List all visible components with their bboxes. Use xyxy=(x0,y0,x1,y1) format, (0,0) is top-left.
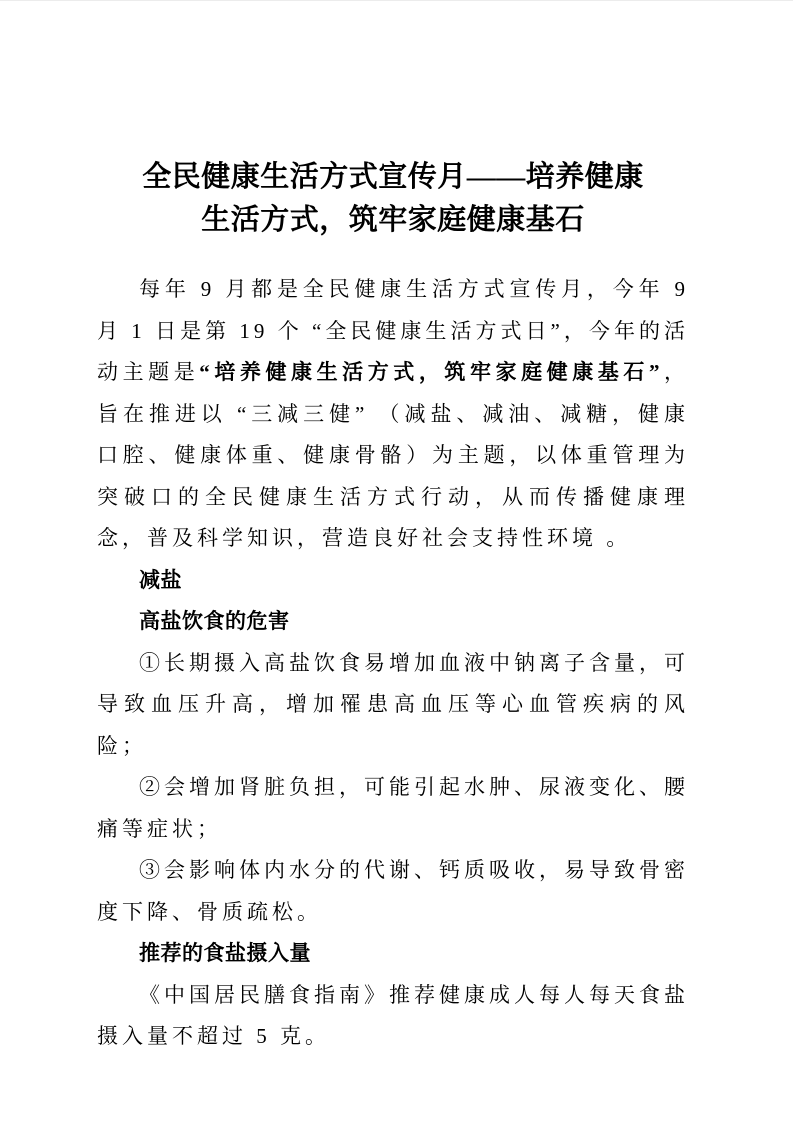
subsection-heading-recommended-intake: 推荐的食盐摄入量 xyxy=(97,933,689,975)
harm-item-1: ①长期摄入高盐饮食易增加血液中钠离子含量，可导致血压升高，增加罹患高血压等心血管… xyxy=(97,643,689,768)
section-heading-salt-reduction: 减盐 xyxy=(97,560,689,602)
intro-theme-bold: “培养健康生活方式，筑牢家庭健康基石” xyxy=(199,360,663,384)
harm-item-2: ②会增加肾脏负担，可能引起水肿、尿液变化、腰痛等症状； xyxy=(97,767,689,850)
document-title: 全民健康生活方式宣传月——培养健康 生活方式，筑牢家庭健康基石 xyxy=(97,156,689,242)
intro-text-after-theme: ，旨在推进以 “三减三健” （减盐、减油、减糖，健康口腔、健康体重、健康骨骼）为… xyxy=(97,360,689,550)
document-page: 全民健康生活方式宣传月——培养健康 生活方式，筑牢家庭健康基石 每年 9 月都是… xyxy=(0,0,793,1122)
subsection-heading-high-salt-harm: 高盐饮食的危害 xyxy=(97,601,689,643)
intro-paragraph: 每年 9 月都是全民健康生活方式宣传月，今年 9 月 1 日是第 19 个 “全… xyxy=(97,269,689,560)
recommended-intake-paragraph: 《中国居民膳食指南》推荐健康成人每人每天食盐摄入量不超过 5 克。 xyxy=(97,975,689,1058)
harm-item-3: ③会影响体内水分的代谢、钙质吸收，易导致骨密度下降、骨质疏松。 xyxy=(97,850,689,933)
document-title-line-1: 全民健康生活方式宣传月——培养健康 xyxy=(97,156,689,199)
document-title-line-2: 生活方式，筑牢家庭健康基石 xyxy=(97,199,689,242)
